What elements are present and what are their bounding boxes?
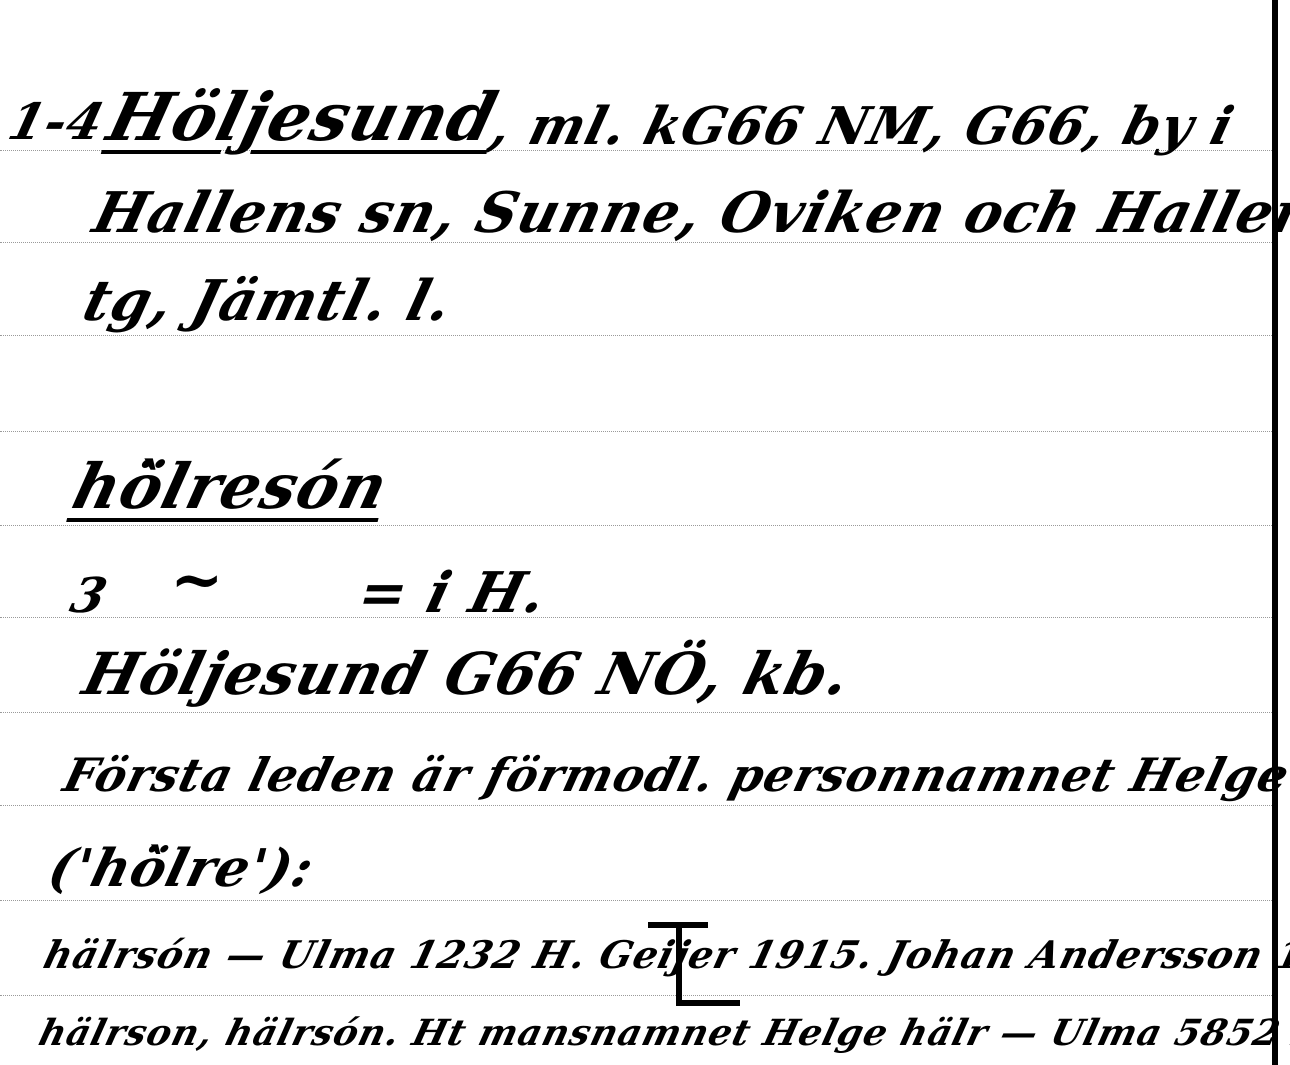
ruled-line bbox=[0, 617, 1272, 618]
bracket-mark bbox=[676, 922, 682, 1004]
ruled-line bbox=[0, 335, 1272, 336]
ruled-line bbox=[0, 900, 1272, 901]
ruled-line bbox=[0, 525, 1272, 526]
ruled-line bbox=[0, 805, 1272, 806]
text-line-2: Hallens sn, Sunne, Oviken och Hallens bbox=[87, 180, 1290, 246]
tilde-mark: ~ bbox=[170, 548, 224, 612]
card-edge bbox=[1272, 0, 1278, 1065]
text-line-5: = i H. bbox=[352, 560, 554, 626]
text-line-5-number: 3 bbox=[65, 568, 113, 624]
text-line-3: tg, Jämtl. l. bbox=[77, 268, 459, 334]
ruled-line bbox=[0, 712, 1272, 713]
pronunciation: hö̀lresón bbox=[66, 450, 396, 523]
headword: Höljesund bbox=[100, 78, 505, 156]
archive-slip: 1-4 Höljesund , ml. kG66 NM, G66, by i H… bbox=[0, 0, 1290, 1065]
ruled-line bbox=[0, 431, 1272, 432]
text-line-1: , ml. kG66 NM, G66, by i bbox=[484, 96, 1240, 157]
ruled-line bbox=[0, 995, 1272, 996]
entry-number: 1-4 bbox=[3, 92, 111, 151]
text-line-6: Höljesund G66 NÖ, kb. bbox=[77, 640, 858, 708]
text-line-10: hälrson, hälrsón. Ht mansnamnet Helge hä… bbox=[35, 1012, 1290, 1054]
text-line-7: Första leden är förmodl. personnamnet He… bbox=[58, 748, 1290, 802]
text-line-9: hälrsón — Ulma 1232 H. Geijer 1915. Joha… bbox=[39, 932, 1290, 977]
bracket-mark bbox=[676, 1000, 740, 1006]
text-line-8: ('hö̀lre'): bbox=[42, 838, 320, 899]
